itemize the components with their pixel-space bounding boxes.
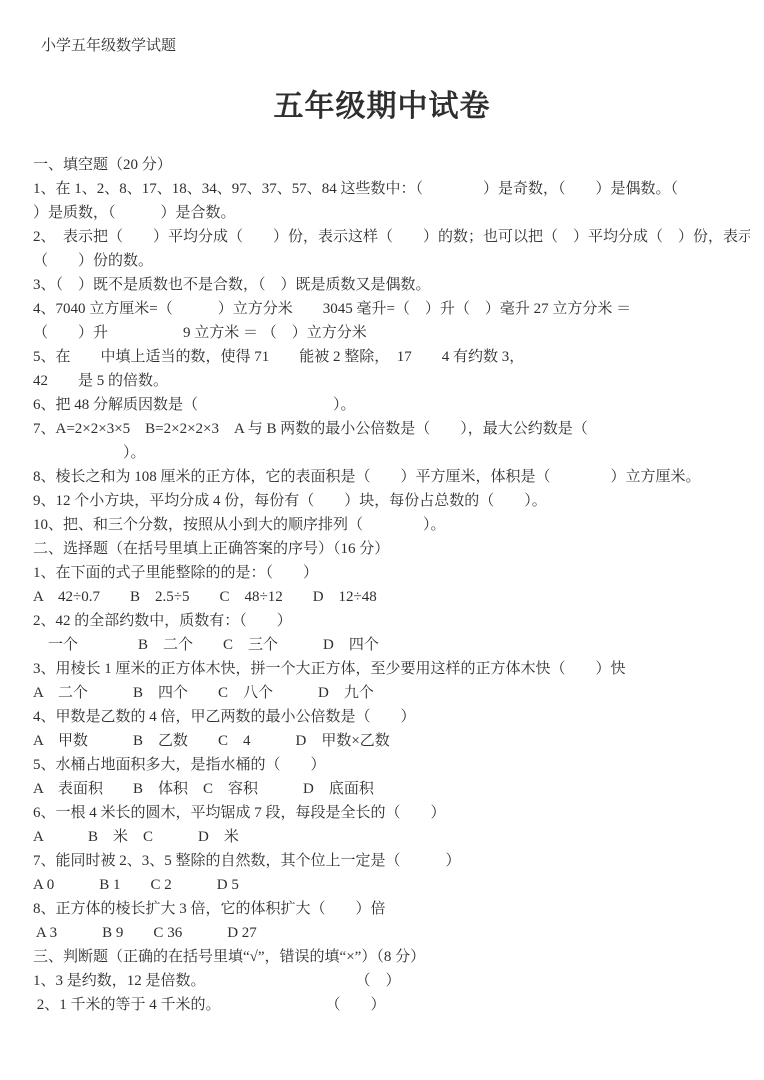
text-line: 9、12 个小方块，平均分成 4 份，每份有（ ）块，每份占总数的（ ）。 [33, 489, 750, 513]
text-line: （ ）升 9 立方米 ＝ （ ）立方分米 [33, 321, 750, 345]
text-line: （ ）份的数。 [33, 249, 750, 273]
text-line: A 二个 B 四个 C 八个 D 九个 [33, 681, 750, 705]
text-line: 8、棱长之和为 108 厘米的正方体，它的表面积是（ ）平方厘米，体积是（ ）立… [33, 465, 750, 489]
section-lines: 1、在下面的式子里能整除的的是：（ ）A 42÷0.7 B 2.5÷5 C 48… [33, 561, 750, 945]
text-line: 2、42 的全部约数中，质数有：（ ） [33, 609, 750, 633]
section-true-false: 三、判断题（正确的在括号里填“√”，错误的填“×”）（8 分） 1、3 是约数，… [33, 945, 750, 1017]
text-line: 2、 表示把（ ）平均分成（ ）份，表示这样（ ）的数；也可以把（ ）平均分成（… [33, 225, 750, 249]
text-line: ）。 [33, 441, 750, 465]
doc-body: 一、填空题（20 分） 1、在 1、2、8、17、18、34、97、37、57、… [33, 153, 750, 1017]
text-line: 5、在 中填上适当的数，使得 71 能被 2 整除， 17 4 有约数 3， [33, 345, 750, 369]
text-line: 1、3 是约数，12 是倍数。 （ ） [33, 969, 750, 993]
text-line: A 表面积 B 体积 C 容积 D 底面积 [33, 777, 750, 801]
text-line: 1、在下面的式子里能整除的的是：（ ） [33, 561, 750, 585]
doc-header-text: 小学五年级数学试题 [41, 36, 176, 56]
text-line: A 3 B 9 C 36 D 27 [33, 921, 750, 945]
text-line: A 甲数 B 乙数 C 4 D 甲数×乙数 [33, 729, 750, 753]
section-heading: 一、填空题（20 分） [33, 153, 750, 177]
text-line: 8、正方体的棱长扩大 3 倍，它的体积扩大（ ）倍 [33, 897, 750, 921]
text-line: A 0 B 1 C 2 D 5 [33, 873, 750, 897]
text-line: 1、在 1、2、8、17、18、34、97、37、57、84 这些数中：（ ）是… [33, 177, 750, 201]
text-line: 7、A=2×2×3×5 B=2×2×2×3 A 与 B 两数的最小公倍数是（ ）… [33, 417, 750, 441]
text-line: 3、（ ）既不是质数也不是合数，（ ）既是质数又是偶数。 [33, 273, 750, 297]
text-line: 6、把 48 分解质因数是（ ）。 [33, 393, 750, 417]
text-line: A B 米 C D 米 [33, 825, 750, 849]
text-line: 4、7040 立方厘米=（ ）立方分米 3045 毫升=（ ）升（ ）毫升 27… [33, 297, 750, 321]
section-heading: 三、判断题（正确的在括号里填“√”，错误的填“×”）（8 分） [33, 945, 750, 969]
section-lines: 1、3 是约数，12 是倍数。 （ ） 2、1 千米的等于 4 千米的。 （ ） [33, 969, 750, 1017]
text-line: 6、一根 4 米长的圆木，平均锯成 7 段，每段是全长的（ ） [33, 801, 750, 825]
text-line: 10、把、和三个分数，按照从小到大的顺序排列（ ）。 [33, 513, 750, 537]
section-lines: 1、在 1、2、8、17、18、34、97、37、57、84 这些数中：（ ）是… [33, 177, 750, 537]
text-line: 42 是 5 的倍数。 [33, 369, 750, 393]
text-line: ）是质数，（ ）是合数。 [33, 201, 750, 225]
section-heading: 二、选择题（在括号里填上正确答案的序号）（16 分） [33, 537, 750, 561]
text-line: 一个 B 二个 C 三个 D 四个 [33, 633, 750, 657]
doc-title: 五年级期中试卷 [0, 88, 764, 126]
section-fill-in-blanks: 一、填空题（20 分） 1、在 1、2、8、17、18、34、97、37、57、… [33, 153, 750, 537]
text-line: A 42÷0.7 B 2.5÷5 C 48÷12 D 12÷48 [33, 585, 750, 609]
text-line: 4、甲数是乙数的 4 倍，甲乙两数的最小公倍数是（ ） [33, 705, 750, 729]
text-line: 3、用棱长 1 厘米的正方体木快，拼一个大正方体，至少要用这样的正方体木快（ ）… [33, 657, 750, 681]
section-multiple-choice: 二、选择题（在括号里填上正确答案的序号）（16 分） 1、在下面的式子里能整除的… [33, 537, 750, 945]
text-line: 7、能同时被 2、3、5 整除的自然数，其个位上一定是（ ） [33, 849, 750, 873]
text-line: 5、水桶占地面积多大，是指水桶的（ ） [33, 753, 750, 777]
test-paper-page: 小学五年级数学试题 五年级期中试卷 一、填空题（20 分） 1、在 1、2、8、… [0, 0, 764, 1080]
text-line: 2、1 千米的等于 4 千米的。 （ ） [33, 993, 750, 1017]
